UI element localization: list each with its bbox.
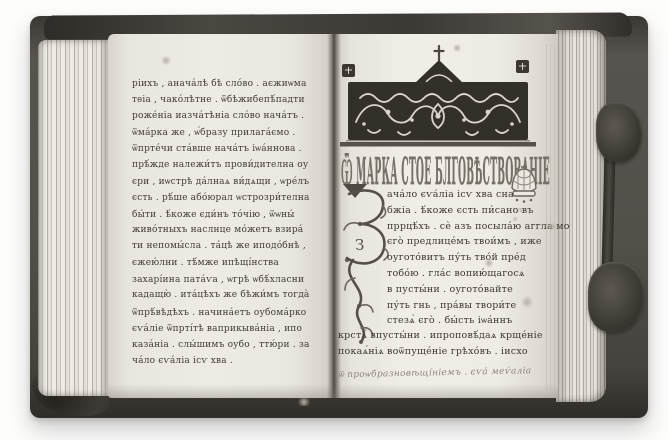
foxing-spot xyxy=(160,56,172,65)
text-line: прѣ́жде належи́тъ прови́дителна оу xyxy=(132,160,334,176)
text-line: захарі́ина пата́ѵа , ѡгрѣ ѡбѣ́хласни xyxy=(132,274,334,290)
floriated-initial-letter: З xyxy=(333,178,391,350)
text-line: ача́ло єѵа́ліа ісѵ хва сна xyxy=(387,189,547,205)
text-line: тѳіа , чако́лѣтне . ѿбѣжибепѣ́падти xyxy=(132,94,334,110)
text-line: ѿпрѣ́вѣдѣхъ . начина́етъ оубома́рко xyxy=(132,307,334,323)
text-line: роже́ніа иазча́тѣніа сло́во нача́тъ . xyxy=(132,111,334,127)
photo-scene: ріихъ , анача́лѣ бѣ сло́во . аєжиѡматѳіа… xyxy=(0,0,668,440)
foxing-spot xyxy=(296,398,312,406)
text-line: стезѧ̀ єго̀ . бы́сть іѡа́ннъ xyxy=(387,315,547,331)
text-line: єжею́лни . тѣ́мже ипѣщі́нства xyxy=(132,258,334,274)
text-line: бжіа . ѣ́коже єсть пи́сано въ xyxy=(387,205,547,221)
text-line: кадащю̀ . ита́цѣхъ же бѣжи́мъ тогда̀ xyxy=(132,290,334,306)
text-line: ти непомы́сла . та́цѣ же иподо́бнѣ , xyxy=(132,241,334,257)
foxing-spot xyxy=(520,296,534,308)
page-bottom-shade xyxy=(108,384,558,398)
cross-finial-icon xyxy=(435,46,444,60)
text-line: єри , иѡстрѣ да́лнаѧ ви́дѧщи , ѡре́лъ xyxy=(132,176,334,192)
text-line: пррцѣ́хъ . сѐ азъ посыла́ю аггла мо xyxy=(387,221,547,237)
text-line: ча́ло єѵа́ліа ісѵ хва . xyxy=(132,356,334,372)
left-page-block-edges xyxy=(38,40,110,396)
foxing-spot xyxy=(484,258,494,268)
text-line: покаѧ́ніѧ воѿпуще́ніе грѣхо́въ . іисхо xyxy=(338,346,550,362)
text-line: ѿпрте́чи ста́вше нача́тъ іѡа́ннова . xyxy=(132,143,334,159)
text-line: єѵа́ліе ѿпрті́тѣ ваприкыва́ніа , ипо xyxy=(132,323,334,339)
initial-letter-glyph: З xyxy=(355,236,364,254)
text-line: каза́ніа . слы́шимъ оубо , ттю́ри . за xyxy=(132,340,334,356)
left-page-text-block: ріихъ , анача́лѣ бѣ сло́во . аєжиѡматѳіа… xyxy=(132,78,334,372)
fore-edge-page-block xyxy=(556,30,606,402)
text-line: єго̀ предлице́мъ твои́мъ , иже xyxy=(387,236,547,252)
text-line: єсть . рѣ́ше або́юрал ѡстрозри́телна xyxy=(132,192,334,208)
text-line: бы́ти . ѣ́коже єди́нъ то́чію , ѿѡны́ xyxy=(132,209,334,225)
headpiece-woodcut xyxy=(338,44,542,148)
text-line: оугото́витъ пу́ть тво́й пре́д xyxy=(387,252,547,268)
right-page-text-indented: ача́ло єѵа́ліа ісѵ хва снабжіа . ѣ́коже … xyxy=(387,189,547,331)
text-line: тобо́ю . гла́с вопию́щагосѧ xyxy=(387,268,547,284)
foxing-spot xyxy=(452,44,462,52)
clasp-top xyxy=(596,102,642,162)
foxing-spot xyxy=(548,222,557,231)
text-line: живо́тныхъ наслнце мо́жетъ взира́ xyxy=(132,225,334,241)
text-line: ѿма́рка же , ѡ́бразу прилага́ємо . xyxy=(132,127,334,143)
right-page-text-full-width: крстѧ̀ впусты́ни . ипроповѣ́даѧ крще́ніе… xyxy=(338,330,550,362)
text-line: ріихъ , анача́лѣ бѣ сло́во . аєжиѡма xyxy=(132,78,334,94)
text-line: крстѧ̀ впусты́ни . ипроповѣ́даѧ крще́ніе xyxy=(338,330,550,346)
